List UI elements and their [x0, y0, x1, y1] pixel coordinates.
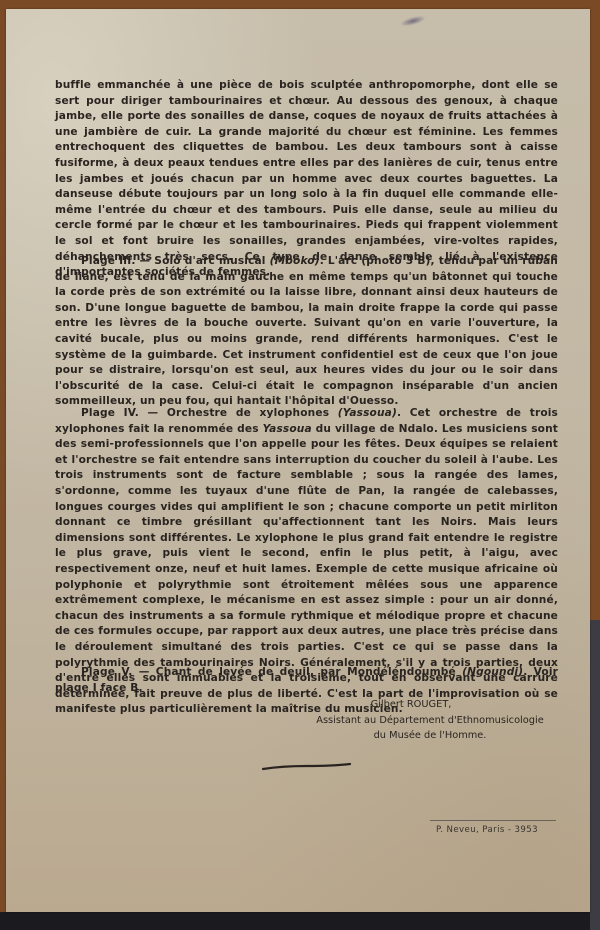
author-title: Assistant au Département d'Ethnomusicolo… [290, 713, 570, 729]
paragraph-text: Plage V. — Chant de levée de deuil, par … [55, 665, 558, 696]
text-segment: . L'arc (photo 3 B), tendu par un ruban … [55, 255, 558, 407]
dark-surface-background [0, 912, 600, 930]
italic-term: (Mboko) [270, 255, 320, 267]
printer-credit: P. Neveu, Paris - 3953 [430, 820, 556, 835]
decorative-rule-icon [262, 762, 352, 772]
author-institution: du Musée de l'Homme. [290, 728, 570, 744]
text-segment: — Solo d'arc musical [136, 255, 270, 267]
italic-term: (Ngoundi) [462, 666, 523, 678]
author-name: Gilbert ROUGET, [252, 697, 570, 713]
text-segment: buffle emmanchée à une pièce de bois scu… [55, 79, 558, 278]
paragraph-continued: buffle emmanchée à une pièce de bois scu… [55, 78, 558, 281]
ink-stain [399, 14, 426, 28]
plage-label: Plage V. [81, 666, 133, 678]
text-segment: — Chant de levée de deuil, par Mondélénd… [133, 666, 463, 678]
paragraph-text: Plage III. — Solo d'arc musical (Mboko).… [55, 254, 558, 410]
paragraph-plage-3: Plage III. — Solo d'arc musical (Mboko).… [55, 254, 558, 410]
italic-term: (Yassoua) [338, 407, 397, 419]
text-segment: — Orchestre de xylophones [139, 407, 338, 419]
italic-term: Yassoua [263, 423, 312, 435]
paragraph-plage-5: Plage V. — Chant de levée de deuil, par … [55, 665, 558, 696]
dark-surface-background-right [590, 620, 600, 930]
plage-label: Plage IV. [81, 407, 139, 419]
author-signature-block: Gilbert ROUGET, Assistant au Département… [290, 697, 570, 744]
paragraph-text: buffle emmanchée à une pièce de bois scu… [55, 78, 558, 281]
plage-label: Plage III. [81, 255, 136, 267]
